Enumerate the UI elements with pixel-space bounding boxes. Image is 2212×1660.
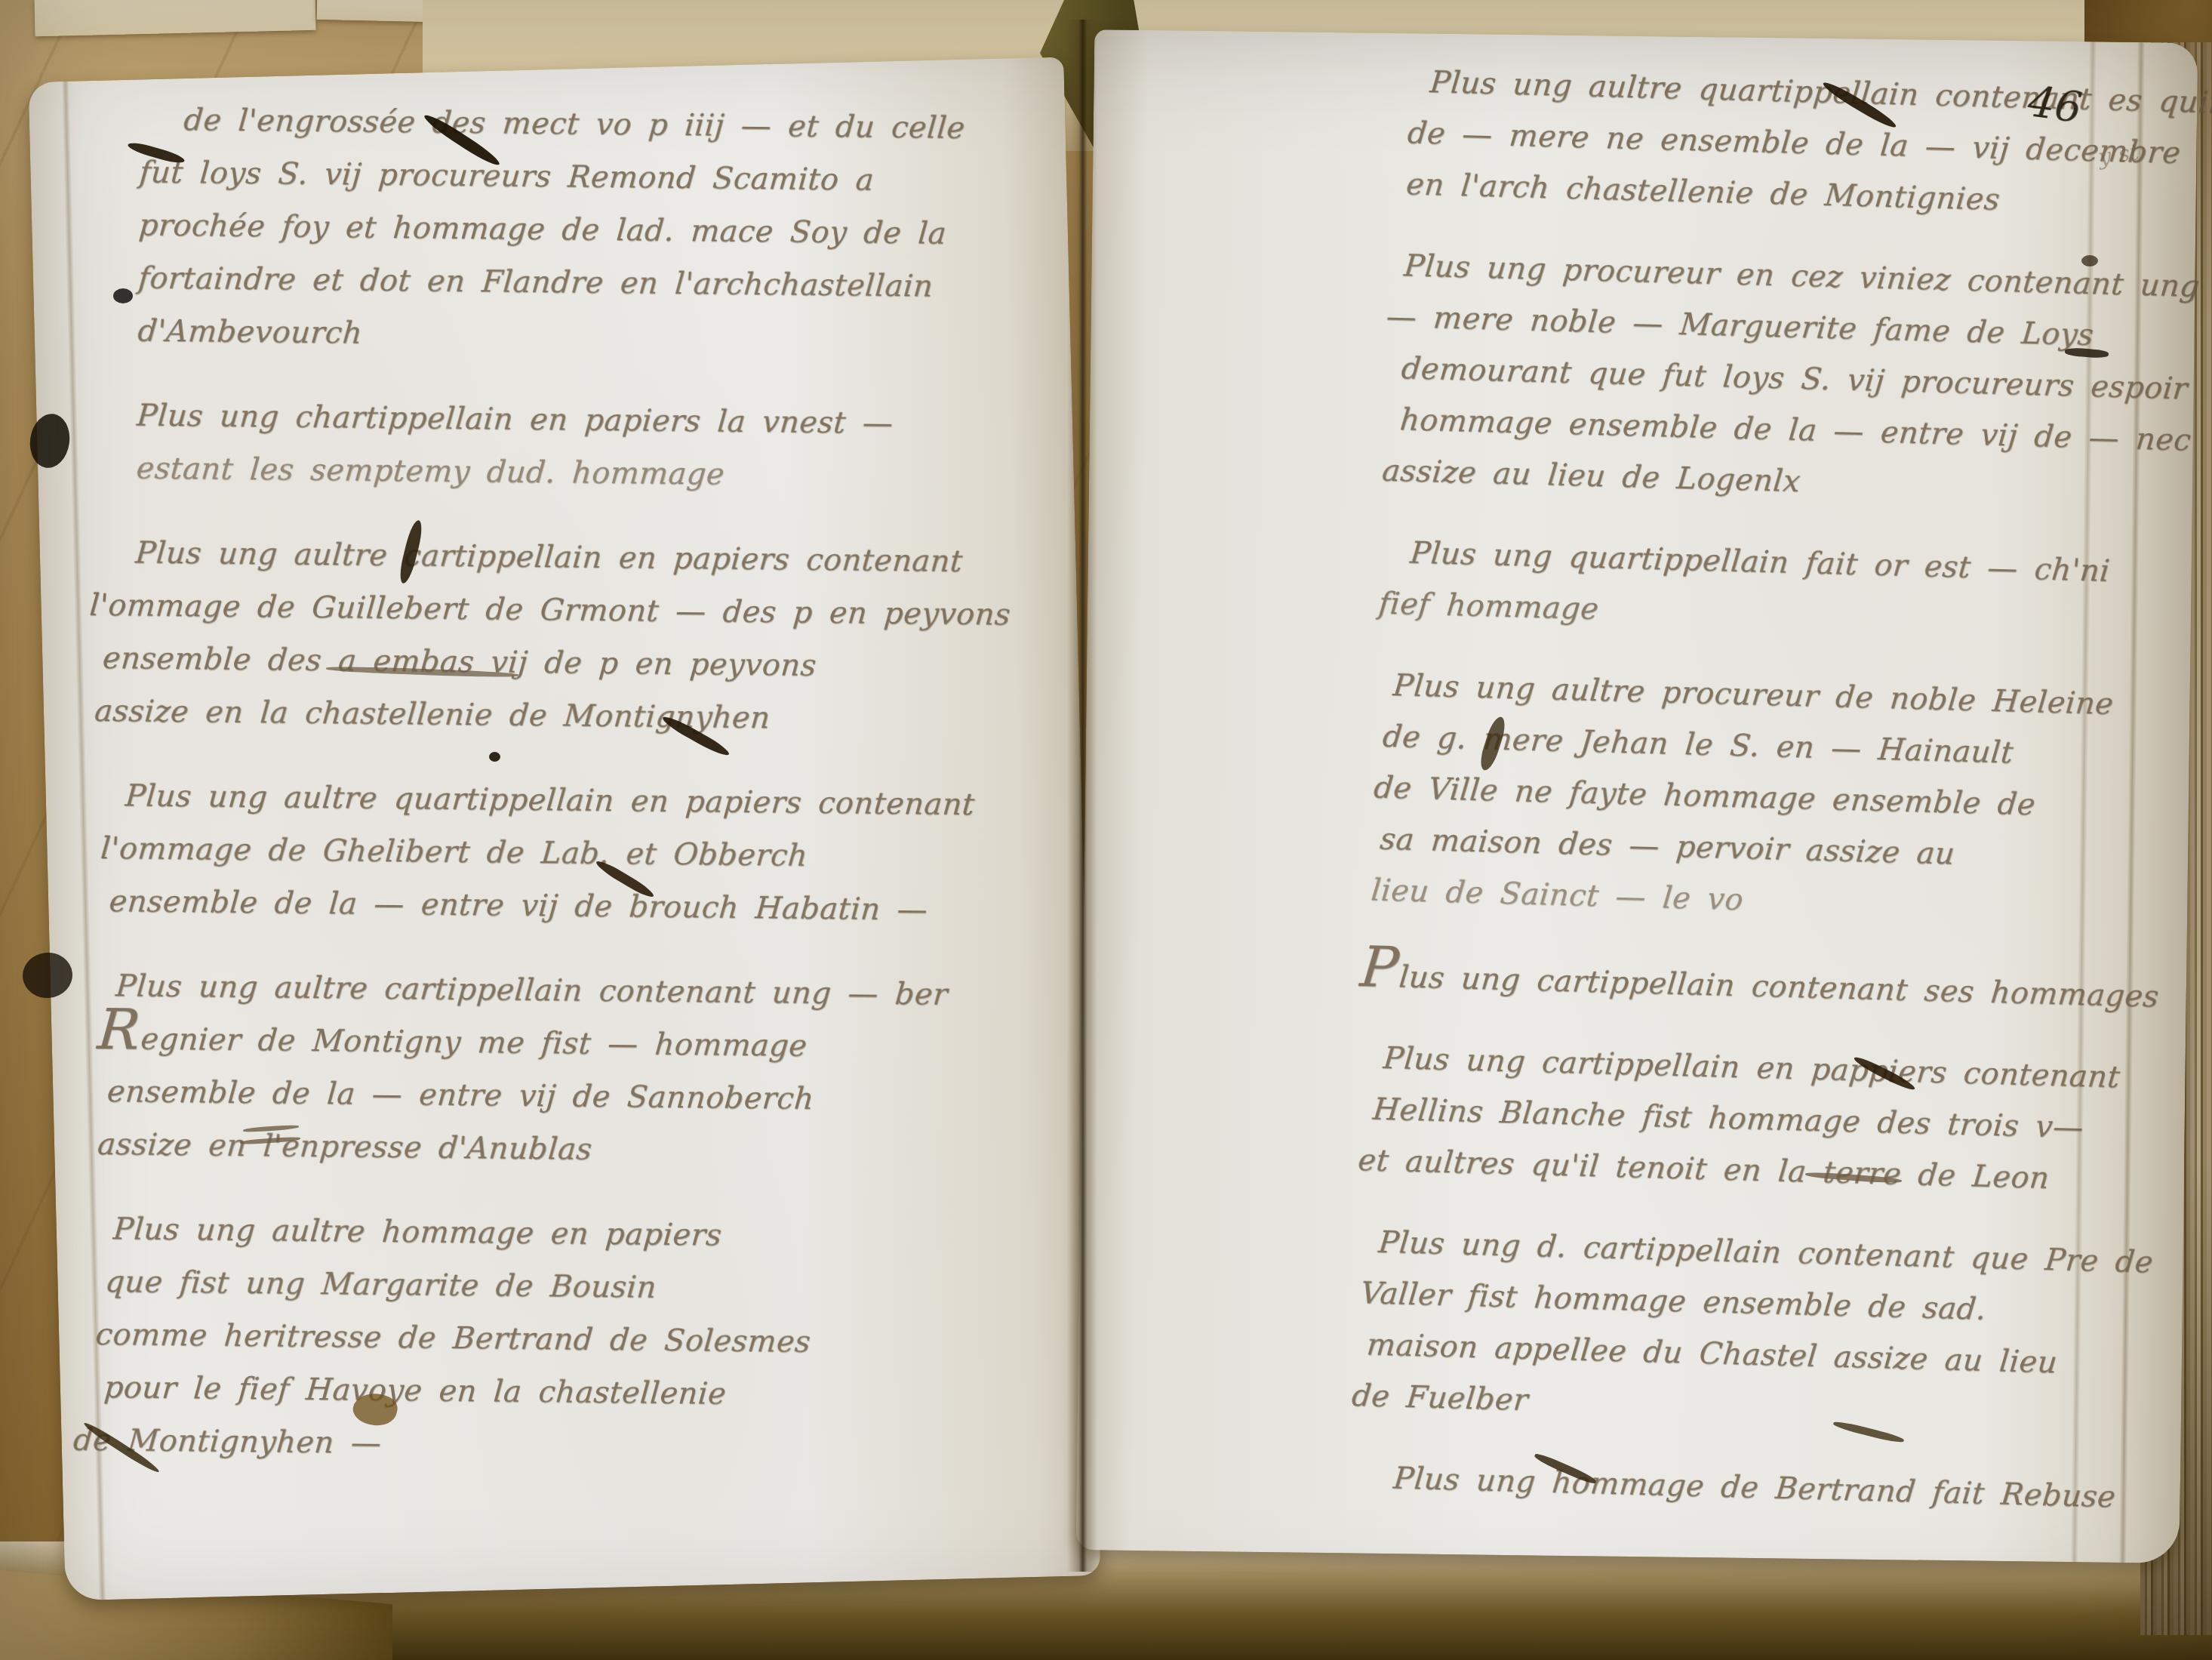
manuscript-line: Plus ung aultre cartippellain contenant … xyxy=(114,959,1039,1022)
manuscript-line: Plus ung hommage de Bertrand fait Rebuse xyxy=(1391,1452,2137,1523)
manuscript-line: de Montignyhen — xyxy=(72,1414,1035,1477)
manuscript-line: l'ommage de Guillebert de Grmont — des p… xyxy=(88,579,1043,642)
manuscript-line: de l'engrossée des mect vo p iiij — et d… xyxy=(182,94,1048,156)
left-page-text: de l'engrossée des mect vo p iiij — et d… xyxy=(126,93,1046,1476)
manuscript-line: ensemble de la — entre vij de brouch Hab… xyxy=(107,875,1040,938)
manuscript-line: assize en la chastellenie de Montignyhen xyxy=(93,685,1042,747)
manuscript-line: ensemble des a embas vij de p en peyvons xyxy=(100,632,1042,694)
paper-slip xyxy=(34,0,315,36)
page-crease xyxy=(62,82,106,1600)
right-page[interactable]: 46 y st Plus ung aultre quartippellain c… xyxy=(1076,29,2198,1563)
left-page[interactable]: de l'engrossée des mect vo p iiij — et d… xyxy=(29,57,1101,1601)
manuscript-line: assize en l'enpresse d'Anublas xyxy=(96,1118,1038,1181)
manuscript-line: comme heritresse de Bertrand de Solesmes xyxy=(94,1308,1035,1371)
binding-gutter-shadow xyxy=(1067,20,1097,1572)
manuscript-line: Plus ung chartippellain en papiers la vn… xyxy=(135,389,1045,451)
manuscript-line: Regnier de Montigny me fist — hommage xyxy=(95,1012,1038,1075)
manuscript-line: Plus ung aultre hommage en papiers xyxy=(111,1203,1036,1265)
manuscript-book-photo: de l'engrossée des mect vo p iiij — et d… xyxy=(0,0,2212,1660)
manuscript-line: fortaindre et dot en Flandre en l'archch… xyxy=(137,251,1047,314)
manuscript-line: Plus ung cartippellain contenant ses hom… xyxy=(1358,950,2150,1022)
manuscript-line: d'Ambevourch xyxy=(136,304,1046,367)
manuscript-line: ensemble de la — entre vij de Sannoberch xyxy=(105,1065,1038,1128)
right-page-text: Plus ung aultre quartippellain contenant… xyxy=(1372,56,2172,1523)
manuscript-line: Plus ung aultre quartippellain en papier… xyxy=(123,769,1041,832)
folio-number: 46 xyxy=(2025,77,2084,133)
manuscript-line: estant les semptemy dud. hommage xyxy=(134,442,1044,504)
manuscript-line: fut loys S. vij procureurs Remond Scamit… xyxy=(137,146,1048,208)
manuscript-line: pour le fief Havoye en la chastellenie xyxy=(102,1361,1035,1424)
manuscript-line: prochée foy et hommage de lad. mace Soy … xyxy=(137,199,1047,261)
manuscript-line: Plus ung aultre cartippellain en papiers… xyxy=(134,526,1044,589)
manuscript-line: que fist ung Margarite de Bousin xyxy=(103,1255,1036,1318)
manuscript-line: l'ommage de Ghelibert de Lab. et Obberch xyxy=(99,822,1041,885)
